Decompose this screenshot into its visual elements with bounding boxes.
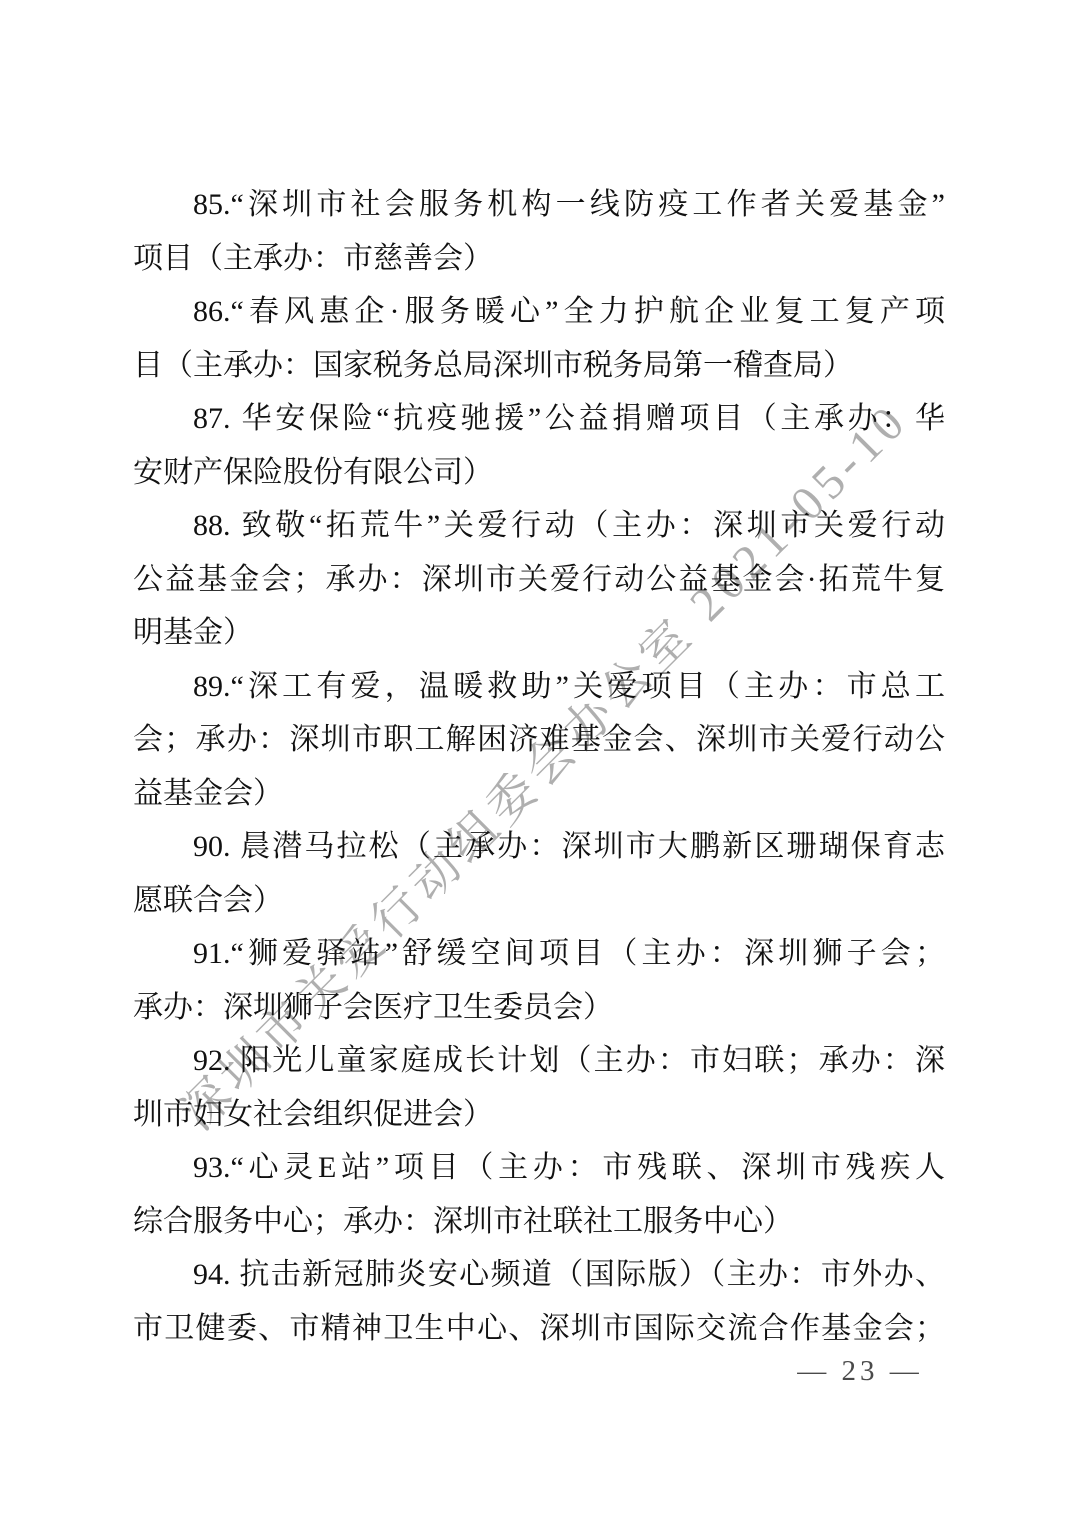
list-item-90: 90. 晨潜马拉松（主承办：深圳市大鹏新区珊瑚保育志 愿联合会） [133, 820, 945, 927]
list-item-line: 综合服务中心；承办：深圳市社联社工服务中心） [133, 1195, 945, 1249]
list-item-line: 85.“深圳市社会服务机构一线防疫工作者关爱基金” [133, 178, 945, 232]
list-item-line: 88. 致敬“拓荒牛”关爱行动（主办：深圳市关爱行动 [133, 499, 945, 553]
list-item-91: 91.“狮爱驿站”舒缓空间项目（主办：深圳狮子会； 承办：深圳狮子会医疗卫生委员… [133, 927, 945, 1034]
list-item-line: 89.“深工有爱，温暖救助”关爱项目（主办：市总工 [133, 660, 945, 714]
list-item-87: 87. 华安保险“抗疫驰援”公益捐赠项目（主承办：华 安财产保险股份有限公司） [133, 392, 945, 499]
list-item-line: 94. 抗击新冠肺炎安心频道（国际版）（主办：市外办、 [133, 1248, 945, 1302]
list-item-93: 93.“心灵E站”项目（主办：市残联、深圳市残疾人 综合服务中心；承办：深圳市社… [133, 1141, 945, 1248]
list-item-line: 目（主承办：国家税务总局深圳市税务局第一稽查局） [133, 339, 945, 393]
list-item-85: 85.“深圳市社会服务机构一线防疫工作者关爱基金” 项目（主承办：市慈善会） [133, 178, 945, 285]
list-item-line: 项目（主承办：市慈善会） [133, 232, 945, 286]
page-number: — 23 — [760, 1355, 960, 1388]
list-item-line: 93.“心灵E站”项目（主办：市残联、深圳市残疾人 [133, 1141, 945, 1195]
list-item-line: 86.“春风惠企·服务暖心”全力护航企业复工复产项 [133, 285, 945, 339]
list-item-line: 圳市妇女社会组织促进会） [133, 1088, 945, 1142]
project-list: 85.“深圳市社会服务机构一线防疫工作者关爱基金” 项目（主承办：市慈善会） 8… [133, 178, 945, 1355]
list-item-line: 安财产保险股份有限公司） [133, 446, 945, 500]
list-item-92: 92. 阳光儿童家庭成长计划（主办：市妇联；承办：深 圳市妇女社会组织促进会） [133, 1034, 945, 1141]
list-item-line: 91.“狮爱驿站”舒缓空间项目（主办：深圳狮子会； [133, 927, 945, 981]
list-item-88: 88. 致敬“拓荒牛”关爱行动（主办：深圳市关爱行动 公益基金会；承办：深圳市关… [133, 499, 945, 660]
list-item-line: 公益基金会；承办：深圳市关爱行动公益基金会·拓荒牛复 [133, 553, 945, 607]
list-item-line: 87. 华安保险“抗疫驰援”公益捐赠项目（主承办：华 [133, 392, 945, 446]
document-page: 深圳市关爱行动组委会办公室 2021-05-10 85.“深圳市社会服务机构一线… [0, 0, 1080, 1527]
list-item-line: 益基金会） [133, 767, 945, 821]
list-item-line: 会；承办：深圳市职工解困济难基金会、深圳市关爱行动公 [133, 713, 945, 767]
list-item-line: 92. 阳光儿童家庭成长计划（主办：市妇联；承办：深 [133, 1034, 945, 1088]
list-item-line: 承办：深圳狮子会医疗卫生委员会） [133, 981, 945, 1035]
list-item-89: 89.“深工有爱，温暖救助”关爱项目（主办：市总工 会；承办：深圳市职工解困济难… [133, 660, 945, 821]
list-item-line: 愿联合会） [133, 874, 945, 928]
list-item-line: 市卫健委、市精神卫生中心、深圳市国际交流合作基金会； [133, 1302, 945, 1356]
list-item-line: 明基金） [133, 606, 945, 660]
list-item-86: 86.“春风惠企·服务暖心”全力护航企业复工复产项 目（主承办：国家税务总局深圳… [133, 285, 945, 392]
list-item-94: 94. 抗击新冠肺炎安心频道（国际版）（主办：市外办、 市卫健委、市精神卫生中心… [133, 1248, 945, 1355]
list-item-line: 90. 晨潜马拉松（主承办：深圳市大鹏新区珊瑚保育志 [133, 820, 945, 874]
